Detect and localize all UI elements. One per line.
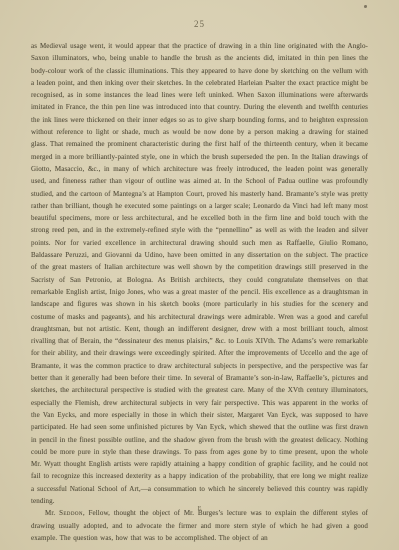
paragraph-seddon: Mr. Seddon, Fellow, thought the object o… [31, 507, 368, 544]
scan-speck [364, 5, 367, 8]
page-number: 25 [0, 19, 399, 29]
scanned-book-page: 25 as Medieval usage went, it would appe… [0, 0, 399, 550]
body-text: as Medieval usage went, it would appear … [31, 40, 368, 544]
paragraph-continuation: as Medieval usage went, it would appear … [31, 40, 368, 507]
signature-mark: E [0, 505, 399, 512]
